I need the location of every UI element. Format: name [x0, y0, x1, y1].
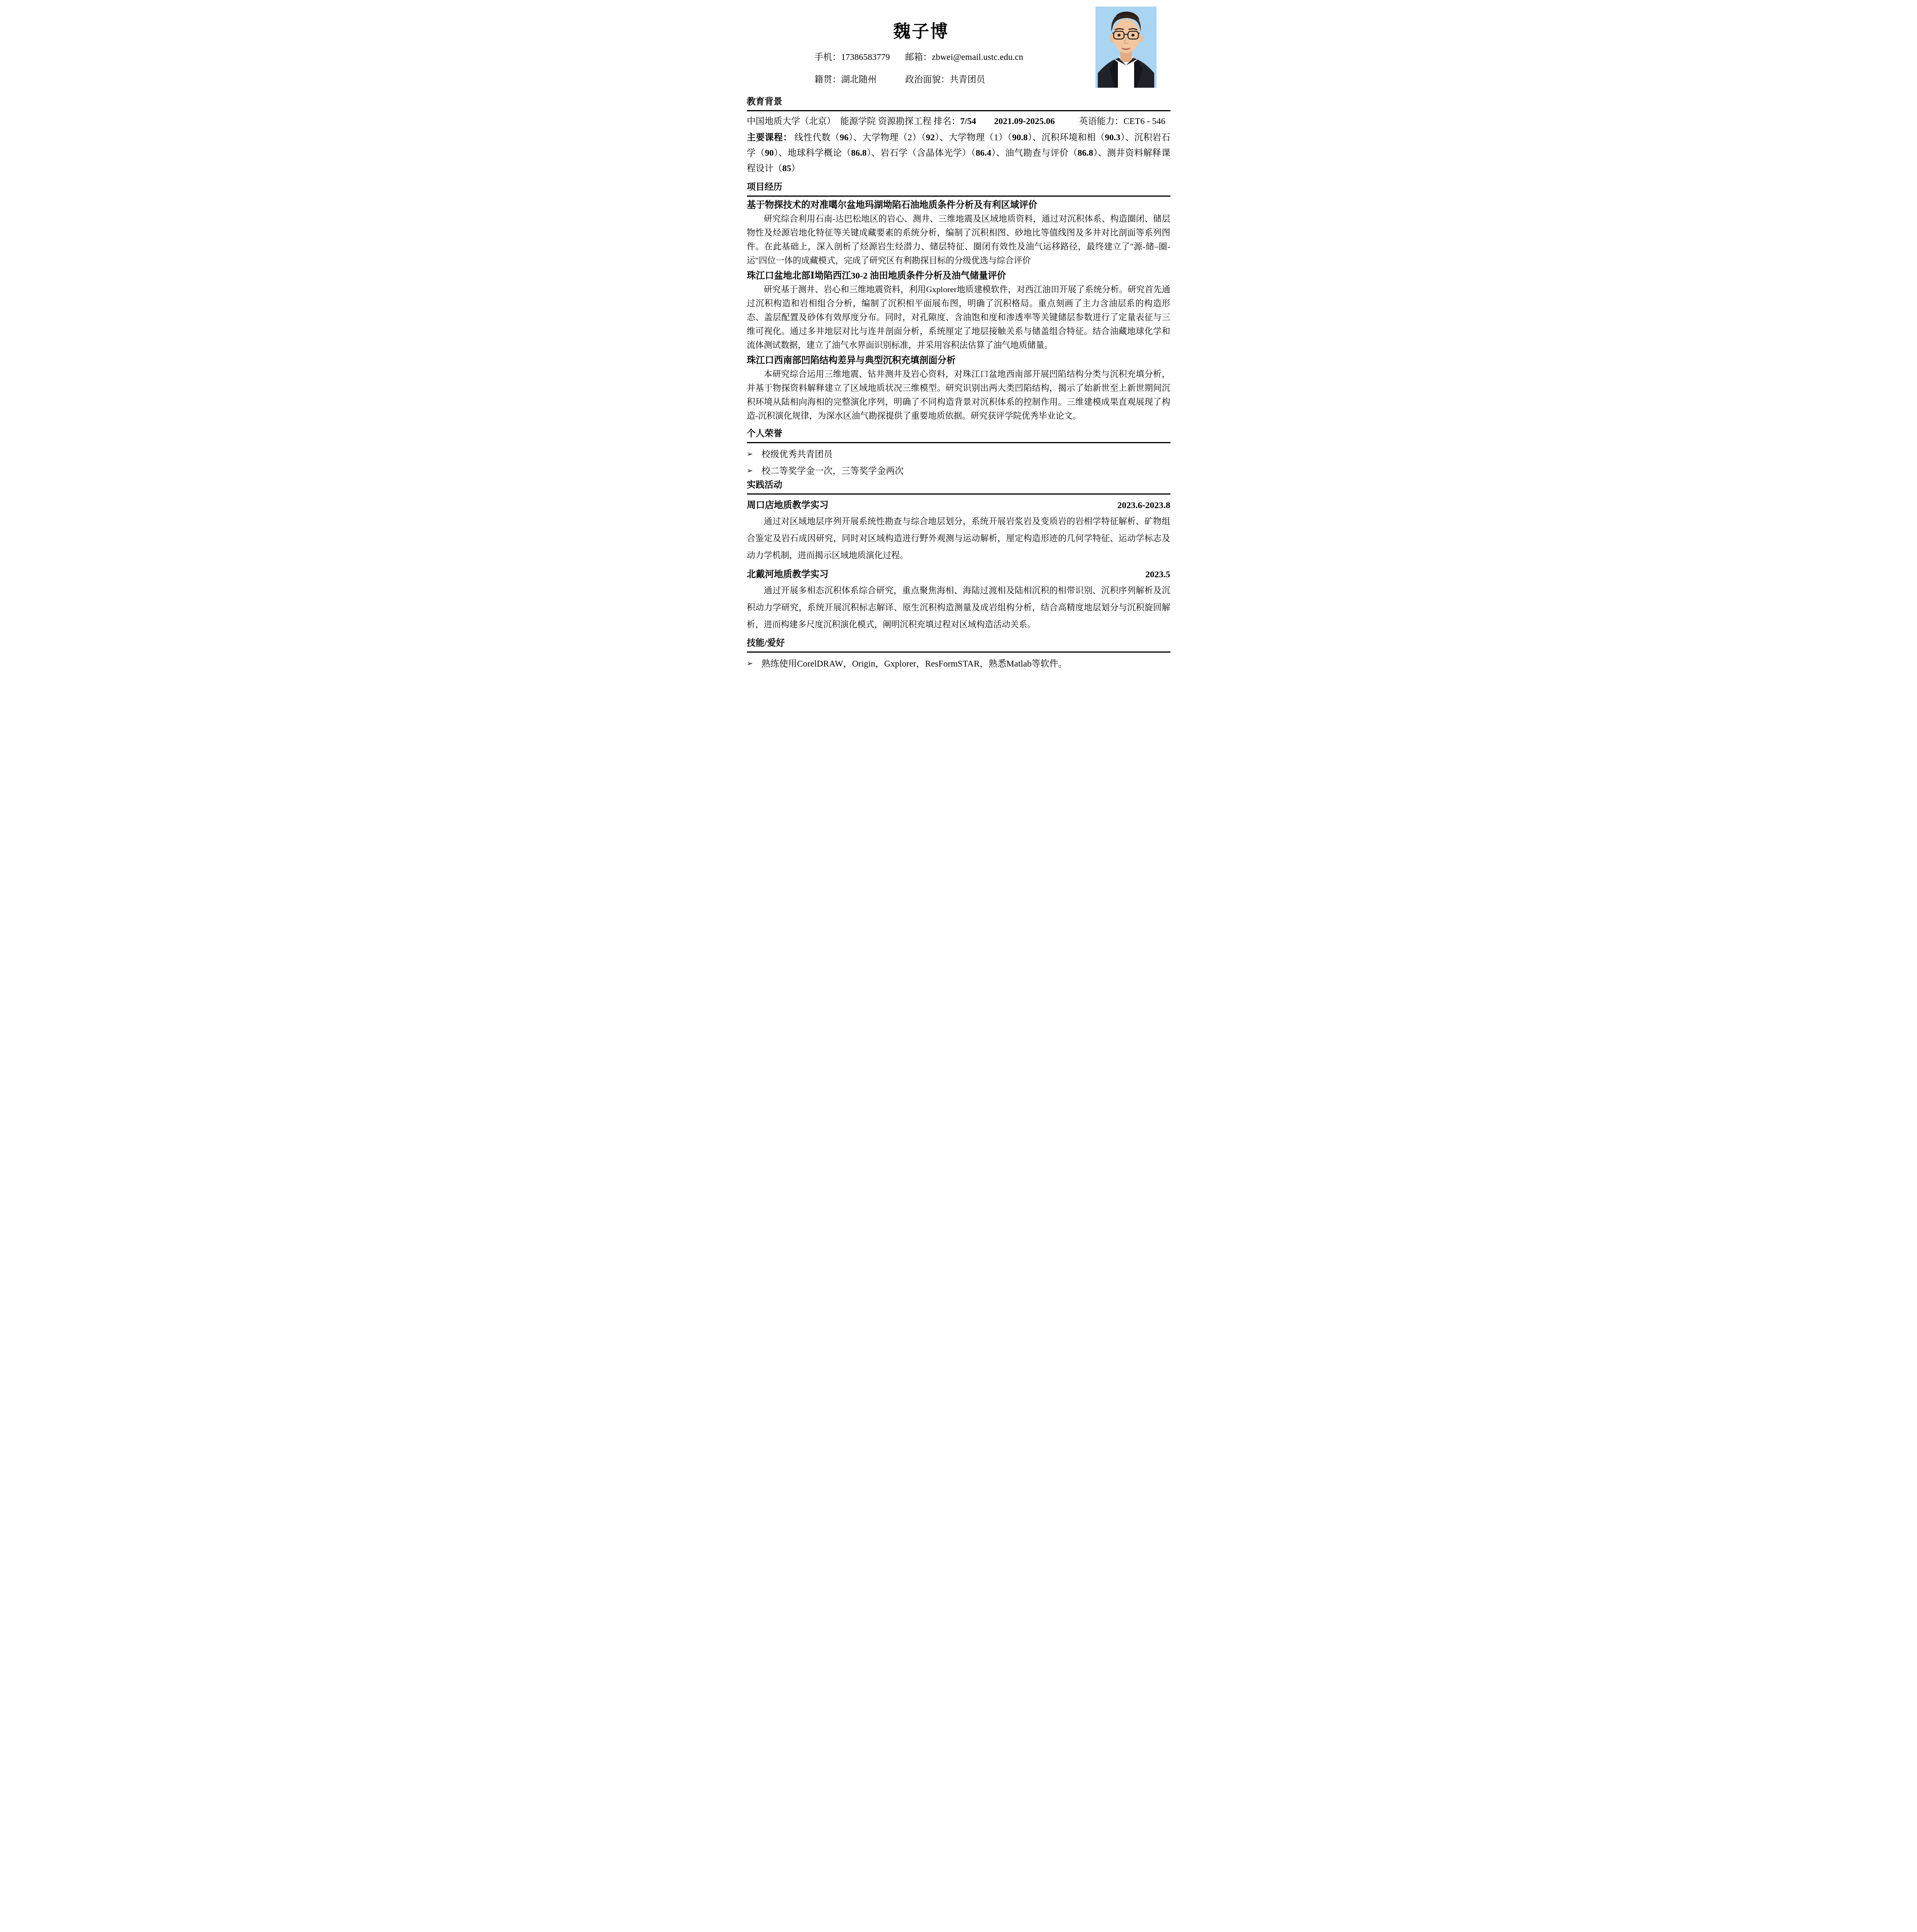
projects-container: 基于物探技术的对准噶尔盆地玛湖坳陷石油地质条件分析及有利区域评价研究综合利用石南…: [747, 200, 1170, 423]
arrow-bullet-icon: ➢: [747, 449, 753, 460]
contact-label: 邮箱：: [905, 52, 932, 62]
course-item: 大学物理（2）（92）、: [862, 133, 949, 142]
header-left: 魏子博 手机：17386583779 邮箱：zbwei@email.ustc.e…: [747, 6, 1095, 88]
course-score: 96: [840, 133, 849, 142]
section-education: 教育背景 中国地质大学（北京） 能源学院 资源勘探工程 排名：7/54 2021…: [747, 96, 1170, 176]
skill-item: ➢熟练使用CorelDRAW，Origin，Gxplorer，ResFormST…: [747, 658, 1170, 669]
skill-item-text: 熟练使用CorelDRAW，Origin，Gxplorer，ResFormSTA…: [761, 658, 1067, 669]
course-score: 86.8: [1078, 148, 1093, 158]
school-name: 中国地质大学（北京）: [747, 116, 840, 127]
course-score: 92: [926, 133, 935, 142]
course-item: 岩石学（含晶体光学）（86.4）、: [881, 148, 1005, 158]
course-score: 90: [765, 148, 774, 158]
course-close: ）、: [935, 133, 949, 142]
contact-grid: 手机：17386583779 邮箱：zbwei@email.ustc.edu.c…: [815, 52, 1095, 85]
honor-item-text: 校二等奖学金一次，三等奖学金两次: [761, 465, 903, 476]
rank-label: 排名：: [934, 116, 960, 126]
project-description: 研究综合利用石南-达巴松地区的岩心、测井、三维地震及区域地质资料，通过对沉积体系…: [747, 212, 1170, 267]
course-name: 岩石学（含晶体光学）（: [881, 148, 976, 158]
course-score: 85: [782, 163, 791, 173]
practice-title: 周口店地质教学实习: [747, 500, 829, 511]
arrow-bullet-icon: ➢: [747, 465, 753, 476]
project-description: 研究基于测井、岩心和三维地震资料，利用Gxplorer地质建模软件，对西江油田开…: [747, 282, 1170, 352]
course-close: ）、: [867, 148, 881, 158]
section-heading-skills: 技能/爱好: [747, 638, 1170, 653]
course-name: 沉积环境和相（: [1041, 133, 1105, 142]
practice-description: 通过开展多相态沉积体系综合研究，重点聚焦海相、海陆过渡相及陆相沉积的相带识别、沉…: [747, 582, 1170, 633]
section-heading-projects: 项目经历: [747, 182, 1170, 197]
honors-container: ➢校级优秀共青团员➢校二等奖学金一次，三等奖学金两次: [747, 449, 1170, 476]
practice-container: 周口店地质教学实习2023.6-2023.8通过对区域地层序列开展系统性勘查与综…: [747, 500, 1170, 633]
contact-value: 湖北随州: [841, 75, 877, 84]
resume-page: 魏子博 手机：17386583779 邮箱：zbwei@email.ustc.e…: [719, 0, 1198, 678]
project-title: 珠江口盆地北部Ⅰ坳陷西江30-2 油田地质条件分析及油气储量评价: [747, 270, 1170, 282]
courses-paragraph: 主要课程： 线性代数（96）、大学物理（2）（92）、大学物理（1）（90.8）…: [747, 130, 1170, 176]
resume-header: 魏子博 手机：17386583779 邮箱：zbwei@email.ustc.e…: [747, 0, 1170, 88]
honor-item-text: 校级优秀共青团员: [761, 449, 832, 460]
section-skills: 技能/爱好 ➢熟练使用CorelDRAW，Origin，Gxplorer，Res…: [747, 638, 1170, 669]
section-heading-education: 教育背景: [747, 96, 1170, 111]
rank-value: 7/54: [960, 116, 976, 126]
contact-value: 17386583779: [841, 52, 890, 62]
skills-container: ➢熟练使用CorelDRAW，Origin，Gxplorer，ResFormST…: [747, 658, 1170, 669]
contact-value: 共青团员: [950, 75, 985, 84]
contact-phone: 手机：17386583779: [815, 52, 905, 63]
english-value: CET6 - 546: [1124, 116, 1166, 126]
practice-header: 周口店地质教学实习2023.6-2023.8: [747, 500, 1170, 511]
honor-item: ➢校级优秀共青团员: [747, 449, 1170, 460]
course-close: ）、: [849, 133, 862, 142]
page-title: 魏子博: [747, 22, 1095, 42]
courses-list: 线性代数（96）、大学物理（2）（92）、大学物理（1）（90.8）、沉积环境和…: [747, 133, 1170, 173]
contact-label: 手机：: [815, 52, 841, 62]
study-period: 2021.09-2025.06: [994, 116, 1079, 127]
contact-political-status: 政治面貌：共青团员: [905, 74, 1095, 85]
section-practice: 实践活动 周口店地质教学实习2023.6-2023.8通过对区域地层序列开展系统…: [747, 480, 1170, 633]
english-label: 英语能力：: [1079, 116, 1124, 126]
english-ability: 英语能力：CET6 - 546: [1079, 116, 1170, 127]
course-item: 油气勘查与评价（86.8）、: [1005, 148, 1107, 158]
course-name: 地球科学概论（: [788, 148, 851, 158]
practice-date: 2023.6-2023.8: [1117, 500, 1170, 511]
education-info-row: 中国地质大学（北京） 能源学院 资源勘探工程 排名：7/54 2021.09-2…: [747, 116, 1170, 127]
section-honors: 个人荣誉 ➢校级优秀共青团员➢校二等奖学金一次，三等奖学金两次: [747, 428, 1170, 476]
project-title: 珠江口西南部凹陷结构差异与典型沉积充填剖面分析: [747, 355, 1170, 366]
course-close: ）、: [991, 148, 1005, 158]
course-item: 大学物理（1）（90.8）、: [949, 133, 1041, 142]
course-score: 86.8: [851, 148, 866, 158]
project-title: 基于物探技术的对准噶尔盆地玛湖坳陷石油地质条件分析及有利区域评价: [747, 200, 1170, 211]
section-heading-practice: 实践活动: [747, 480, 1170, 495]
contact-hometown: 籍贯：湖北随州: [815, 74, 905, 85]
practice-description: 通过对区域地层序列开展系统性勘查与综合地层划分，系统开展岩浆岩及变质岩的岩相学特…: [747, 513, 1170, 564]
courses-label: 主要课程：: [747, 133, 792, 142]
course-close: ）: [791, 163, 800, 173]
practice-title: 北戴河地质教学实习: [747, 569, 829, 580]
contact-email: 邮箱：zbwei@email.ustc.edu.cn: [905, 52, 1095, 63]
contact-value: zbwei@email.ustc.edu.cn: [932, 52, 1023, 62]
arrow-bullet-icon: ➢: [747, 658, 753, 669]
course-score: 86.4: [976, 148, 991, 158]
course-name: 大学物理（1）（: [949, 133, 1012, 142]
id-photo: [1095, 7, 1157, 88]
honor-item: ➢校二等奖学金一次，三等奖学金两次: [747, 465, 1170, 476]
course-item: 沉积环境和相（90.3）、: [1041, 133, 1134, 142]
course-item: 地球科学概论（86.8）、: [788, 148, 880, 158]
practice-header: 北戴河地质教学实习2023.5: [747, 569, 1170, 580]
course-score: 90.8: [1012, 133, 1027, 142]
section-projects: 项目经历 基于物探技术的对准噶尔盆地玛湖坳陷石油地质条件分析及有利区域评价研究综…: [747, 182, 1170, 423]
course-name: 大学物理（2）（: [862, 133, 926, 142]
course-close: ）、: [1028, 133, 1042, 142]
course-score: 90.3: [1105, 133, 1120, 142]
course-item: 线性代数（96）、: [794, 133, 862, 142]
course-name: 油气勘查与评价（: [1005, 148, 1078, 158]
section-heading-honors: 个人荣誉: [747, 428, 1170, 443]
course-close: ）、: [1121, 133, 1135, 142]
department-name: 能源学院 资源勘探工程: [840, 116, 932, 126]
course-name: 线性代数（: [794, 133, 840, 142]
portrait-illustration: [1095, 7, 1157, 88]
project-description: 本研究综合运用三维地震、钻井测井及岩心资料，对珠江口盆地西南部开展凹陷结构分类与…: [747, 367, 1170, 423]
course-close: ）、: [1093, 148, 1107, 158]
course-close: ）、: [774, 148, 788, 158]
contact-label: 政治面貌：: [905, 75, 950, 84]
practice-date: 2023.5: [1145, 569, 1170, 580]
department: 能源学院 资源勘探工程 排名：7/54: [840, 116, 994, 127]
contact-label: 籍贯：: [815, 75, 841, 84]
